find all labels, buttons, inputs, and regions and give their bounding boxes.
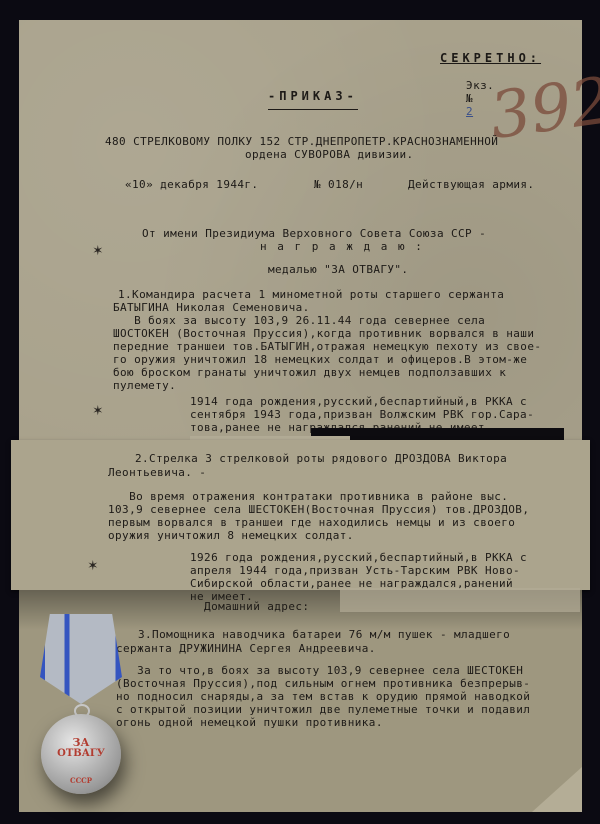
entry-3-line: но подносил снаряды,а за тем встав к ору… <box>116 690 530 703</box>
unit-line-1: 480 СТРЕЛКОВОМУ ПОЛКУ 152 СТР.ДНЕПРОПЕТР… <box>105 135 498 148</box>
preamble-line-1: От имени Президиума Верховного Совета Со… <box>142 227 486 240</box>
award-name: медалью "ЗА ОТВАГУ". <box>268 263 408 276</box>
entry-1-line: ШОСТОКЕН (Восточная Пруссия),когда проти… <box>113 327 534 340</box>
entry-3-line: с открытой позиции уничтожил две пулемет… <box>116 703 530 716</box>
entry-1-line: БАТЫГИНА Николая Семеновича. <box>113 301 310 314</box>
medal-inscription: ОТВАГУ <box>41 748 121 759</box>
entry-3-line: (Восточная Пруссия),под сильным огнем пр… <box>116 677 530 690</box>
handwritten-archive-number: 392 <box>485 64 600 154</box>
preamble-line-2: н а г р а ж д а ю : <box>260 240 424 253</box>
entry-3-line: 3.Помощника наводчика батареи 76 м/м пуш… <box>138 628 510 641</box>
document-title: -ПРИКАЗ- <box>268 90 358 110</box>
order-location: Действующая армия. <box>408 178 534 191</box>
order-number: № 018/н <box>314 178 363 191</box>
entry-1-line: го оружия уничтожил 18 немецких солдат и… <box>113 353 527 366</box>
medal-bottom-text: СССР <box>41 776 121 785</box>
punch-hole-mark: ✶ <box>88 555 98 574</box>
entry-2-line: Леонтьевича. - <box>108 466 206 479</box>
entry-2-line: 2.Стрелка 3 стрелковой роты рядового ДРО… <box>135 452 507 465</box>
medal-ribbon <box>40 614 122 704</box>
redaction-bar <box>340 588 580 612</box>
entry-1-line: передние траншеи тов.БАТЫГИН,отражая нем… <box>113 340 541 353</box>
classification-label: СЕКРЕТНО: <box>440 52 541 65</box>
punch-hole-mark: ✶ <box>93 400 103 419</box>
entry-2-line: оружия уничтожил 8 немецких солдат. <box>108 529 354 542</box>
order-date: «10» декабря 1944г. <box>125 178 258 191</box>
punch-hole-mark: ✶ <box>93 240 103 259</box>
entry-2-bio-line: 1926 года рождения,русский,беспартийный,… <box>190 551 527 564</box>
entry-2-line: первым ворвался в траншеи где находились… <box>108 516 515 529</box>
entry-1-line: В боях за высоту 103,9 26.11.44 года сев… <box>113 314 485 327</box>
entry-1-bio-line: 1914 года рождения,русский,беспартийный,… <box>190 395 527 408</box>
entry-1-line: 1.Командира расчета 1 минометной роты ст… <box>118 288 504 301</box>
entry-2-line: Во время отражения контратаки противника… <box>108 490 508 503</box>
entry-1-line: пулемету. <box>113 379 176 392</box>
entry-3-line: сержанта ДРУЖИНИНА Сергея Андреевича. <box>116 642 376 655</box>
entry-3-line: За то что,в боях за высоту 103,9 северне… <box>116 664 523 677</box>
entry-2-line: 103,9 севернее села ШЕСТОКЕН(Восточная П… <box>108 503 529 516</box>
entry-1-bio-line: сентября 1943 года,призван Волжским РВК … <box>190 408 534 421</box>
copy-no-sign: № <box>466 92 473 105</box>
entry-1-line: бою броском гранаты уничтожил двух немце… <box>113 366 506 379</box>
unit-line-2: ордена СУВОРОВА дивизии. <box>245 148 414 161</box>
entry-2-bio-line: апреля 1944 года,призван Усть-Тарским РВ… <box>190 564 520 577</box>
medal-for-courage-image: ЗА ОТВАГУ СССР <box>40 614 130 804</box>
medal-disc: ЗА ОТВАГУ СССР <box>41 714 121 794</box>
entry-3-line: огонь одной немецкой пушки противника. <box>116 716 383 729</box>
folded-corner <box>532 767 582 812</box>
entry-2-bio-line: Домашний адрес: <box>190 600 309 613</box>
copy-number: 2 <box>466 105 473 118</box>
